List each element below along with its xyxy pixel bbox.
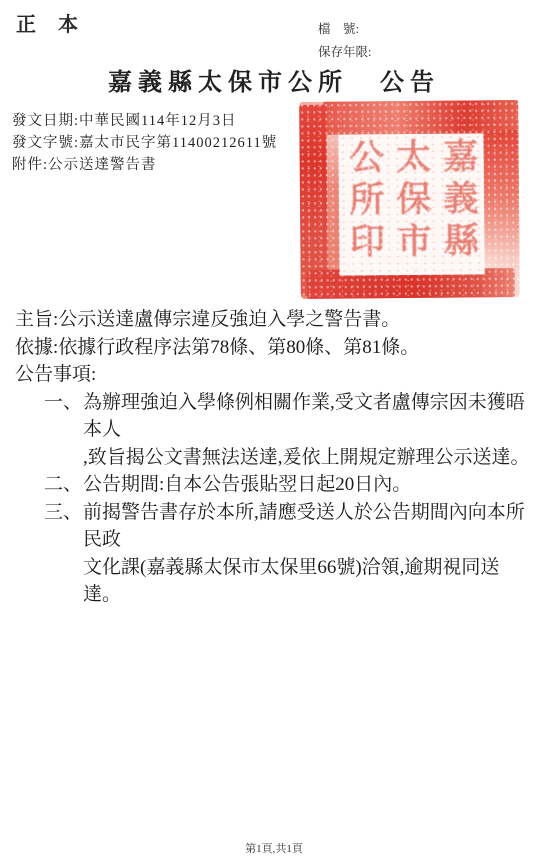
- item-3-marker: 三、: [44, 499, 83, 609]
- announcement-item-1: 一、 為辦理強迫入學條例相關作業,受文者盧傳宗因未獲晤本人,致旨揭公文書無法送達…: [44, 389, 535, 472]
- item-1-marker: 一、: [44, 389, 83, 472]
- item-3-line-1: 前揭警告書存於本所,請應受送人於公告期間內向本所民政: [83, 502, 525, 551]
- doc-number-line: 發文字號:嘉太市民字第11400212611號: [12, 132, 277, 154]
- issue-date-line: 發文日期:中華民國114年12月3日: [12, 110, 277, 132]
- seal-inscription: 嘉義縣太保市公所印: [340, 137, 482, 272]
- document-page: 正本 檔 號: 保存年限: 嘉義縣太保市公所 公告 發文日期:中華民國114年1…: [0, 0, 548, 866]
- item-3-text: 前揭警告書存於本所,請應受送人於公告期間內向本所民政文化課(嘉義縣太保市太保里6…: [83, 499, 535, 609]
- item-1-line-1: 為辦理強迫入學條例相關作業,受文者盧傳宗因未獲晤本人: [83, 392, 525, 441]
- copy-type-label: 正本: [16, 8, 100, 37]
- attachment-line: 附件:公示送達警告書: [12, 154, 277, 176]
- item-2-marker: 二、: [44, 471, 83, 499]
- item-1-text: 為辦理強迫入學條例相關作業,受文者盧傳宗因未獲晤本人,致旨揭公文書無法送達,爰依…: [83, 389, 535, 472]
- items-heading: 公告事項:: [15, 361, 535, 389]
- item-1-line-2: ,致旨揭公文書無法送達,爰依上開規定辦理公示送達。: [83, 447, 530, 468]
- item-2-line-1: 公告期間:自本公告張貼翌日起20日內。: [83, 474, 411, 495]
- announcement-item-3: 三、 前揭警告書存於本所,請應受送人於公告期間內向本所民政文化課(嘉義縣太保市太…: [44, 499, 535, 609]
- basis-line: 依據:依據行政程序法第78條、第80條、第81條。: [15, 334, 535, 362]
- issuing-agency-name: 嘉義縣太保市公所: [108, 70, 348, 96]
- file-number-label: 檔 號:: [318, 18, 371, 41]
- announcement-item-2: 二、 公告期間:自本公告張貼翌日起20日內。: [44, 471, 535, 499]
- archive-info: 檔 號: 保存年限:: [318, 18, 371, 64]
- seal-border-left: [299, 105, 328, 296]
- document-title: 嘉義縣太保市公所 公告: [0, 62, 548, 97]
- page-number-footer: 第1頁,共1頁: [0, 840, 548, 856]
- official-seal-stamp: 嘉義縣太保市公所印: [299, 100, 520, 299]
- seal-face: 嘉義縣太保市公所印: [338, 133, 484, 275]
- announcement-body: 主旨:公示送達盧傳宗違反強迫入學之警告書。 依據:依據行政程序法第78條、第80…: [15, 306, 535, 609]
- document-meta: 發文日期:中華民國114年12月3日 發文字號:嘉太市民字第1140021261…: [12, 110, 277, 176]
- document-type-label: 公告: [380, 70, 440, 96]
- seal-border-right: [479, 130, 519, 282]
- retention-period-label: 保存年限:: [318, 41, 371, 64]
- subject-line: 主旨:公示送達盧傳宗違反強迫入學之警告書。: [15, 306, 535, 334]
- item-3-line-2: 文化課(嘉義縣太保市太保里66號)洽領,逾期視同送達。: [83, 557, 499, 606]
- item-2-text: 公告期間:自本公告張貼翌日起20日內。: [83, 471, 535, 499]
